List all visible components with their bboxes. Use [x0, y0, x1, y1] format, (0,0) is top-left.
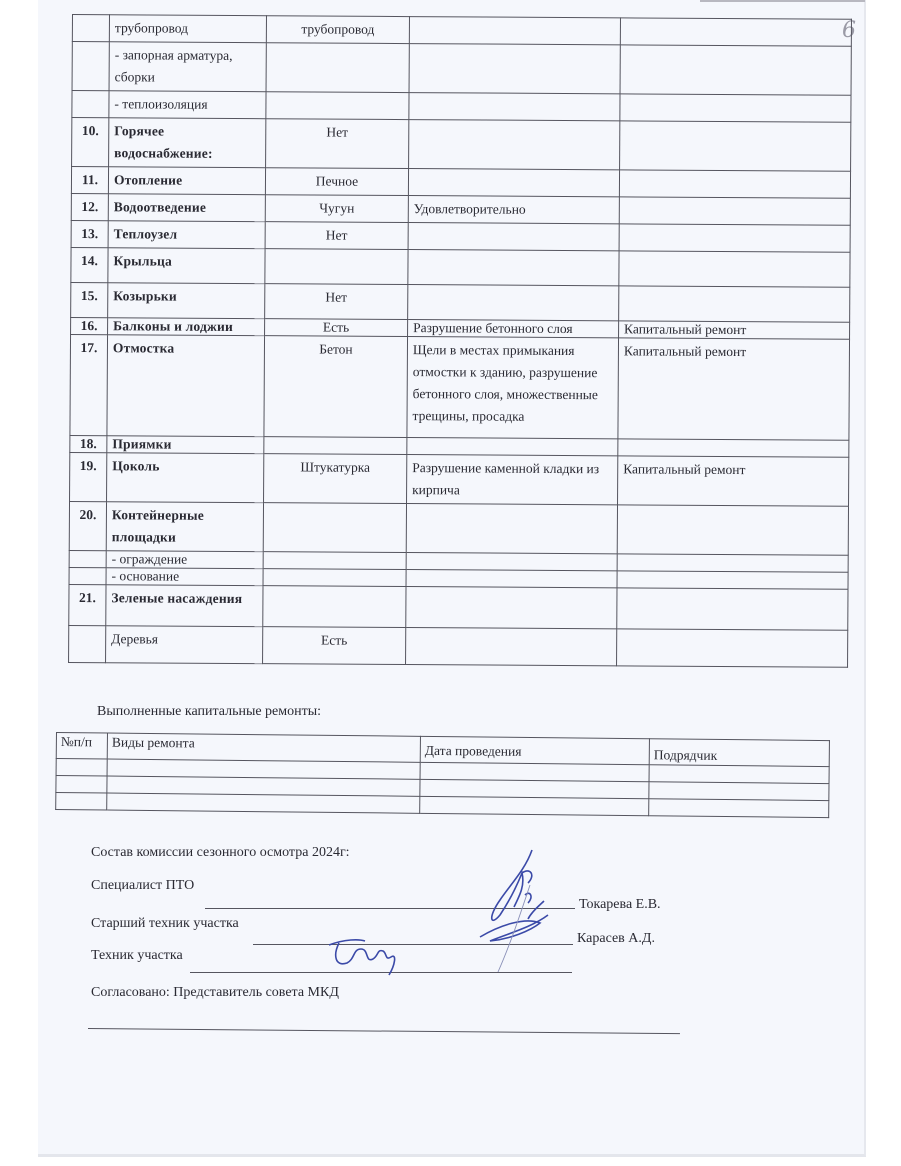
row-number: [72, 42, 109, 91]
element-name: Водоотведение: [108, 194, 265, 222]
recommendation-cell: [619, 224, 850, 252]
repairs-table: №п/п Виды ремонта Дата проведения Подряд…: [55, 732, 830, 818]
table-row: 21.Зеленые насаждения: [69, 584, 848, 630]
material-cell: Нет: [266, 119, 409, 169]
material-cell: [263, 503, 406, 553]
element-name: - теплоизоляция: [109, 91, 266, 119]
recommendation-cell: [617, 554, 848, 572]
material-cell: Печное: [265, 168, 408, 196]
row-number: 19.: [70, 452, 107, 501]
row-number: 18.: [70, 435, 107, 452]
condition-cell: [409, 17, 620, 45]
condition-cell: [407, 438, 618, 456]
approval-text: Согласовано: Представитель совета МКД: [91, 985, 339, 1001]
commission-title: Состав комиссии сезонного осмотра 2024г:: [91, 845, 350, 861]
member-role-tech: Техник участка: [91, 948, 183, 964]
condition-cell: [406, 504, 617, 554]
repairs-title: Выполненные капитальные ремонты:: [97, 704, 321, 720]
table-row: - запорная арматура, сборки: [72, 42, 851, 96]
material-cell: Чугун: [265, 195, 408, 223]
row-number: [72, 91, 109, 118]
condition-cell: [408, 223, 619, 251]
table-row: 15.КозырькиНет: [71, 282, 850, 322]
row-number: 16.: [71, 317, 108, 334]
element-name: Отопление: [108, 167, 265, 195]
condition-cell: [409, 120, 620, 170]
row-number: [69, 567, 106, 584]
member-name-pto: Токарева Е.В.: [579, 897, 661, 913]
row-number: [69, 625, 106, 662]
recommendation-cell: [617, 629, 848, 667]
material-cell: Нет: [265, 222, 408, 250]
condition-cell: Разрушение бетонного слоя: [408, 320, 619, 338]
material-cell: трубопровод: [266, 16, 409, 44]
condition-cell: Щели в местах примыкания отмостки к здан…: [407, 337, 619, 439]
recommendation-cell: [617, 571, 848, 589]
recommendation-cell: [619, 197, 850, 225]
header-repair-type: Виды ремонта: [107, 733, 420, 762]
row-number: 20.: [69, 501, 106, 550]
material-cell: [265, 249, 408, 285]
condition-cell: [408, 285, 619, 321]
table-row: 10.Горячее водоснабжение:Нет: [72, 118, 851, 172]
table-row: 20.Контейнерные площадки: [69, 501, 848, 555]
condition-cell: Разрушение каменной кладки из кирпича: [407, 455, 618, 505]
element-name: Теплоузел: [108, 221, 265, 249]
recommendation-cell: Капитальный ремонт: [619, 321, 850, 339]
recommendation-cell: Капитальный ремонт: [618, 456, 849, 506]
signature-stroke-icon: [490, 880, 550, 975]
recommendation-cell: [617, 505, 848, 555]
element-name: Контейнерные площадки: [106, 502, 263, 552]
element-name: - основание: [106, 568, 263, 586]
element-name: Балконы и лоджии: [108, 318, 265, 336]
element-name: Отмостка: [107, 335, 265, 437]
element-name: Горячее водоснабжение:: [109, 118, 266, 168]
recommendation-cell: [619, 251, 850, 287]
element-name: Козырьки: [108, 283, 265, 319]
header-number: №п/п: [56, 733, 107, 760]
row-number: 12.: [71, 193, 108, 220]
condition-cell: [406, 628, 617, 666]
element-name: - запорная арматура, сборки: [109, 42, 266, 92]
element-name: Крыльца: [108, 248, 265, 284]
material-cell: Штукатурка: [264, 454, 407, 504]
table-row: 19.ЦокольШтукатуркаРазрушение каменной к…: [70, 452, 849, 506]
recommendation-cell: [619, 286, 850, 322]
recommendation-cell: Капитальный ремонт: [618, 338, 850, 440]
material-cell: [263, 569, 406, 587]
row-number: 14.: [71, 247, 108, 282]
element-name: Цоколь: [107, 453, 264, 503]
material-cell: Бетон: [264, 336, 408, 438]
material-cell: [263, 552, 406, 570]
recommendation-cell: [620, 45, 851, 95]
material-cell: Есть: [263, 627, 406, 665]
material-cell: [266, 92, 409, 120]
condition-cell: [409, 93, 620, 121]
inspection-table: трубопроводтрубопровод- запорная арматур…: [68, 14, 852, 668]
condition-cell: [406, 587, 617, 629]
recommendation-cell: [620, 18, 851, 46]
material-cell: Нет: [265, 284, 408, 320]
material-cell: [264, 437, 407, 455]
element-name: Зеленые насаждения: [106, 585, 263, 627]
header-date: Дата проведения: [420, 736, 649, 764]
element-name: трубопровод: [109, 15, 266, 43]
row-number: 11.: [71, 167, 108, 194]
table-row: 17.ОтмосткаБетонЩели в местах примыкания…: [70, 334, 850, 440]
material-cell: Есть: [265, 319, 408, 337]
recommendation-cell: [617, 588, 848, 630]
material-cell: [263, 586, 406, 628]
member-role-pto: Специалист ПТО: [91, 878, 194, 894]
table-row: ДеревьяЕсть: [69, 625, 848, 667]
condition-cell: [408, 169, 619, 197]
member-name-senior-tech: Карасев А.Д.: [577, 931, 655, 947]
condition-cell: [408, 250, 619, 286]
row-number: 13.: [71, 220, 108, 247]
condition-cell: Удовлетворительно: [408, 196, 619, 224]
material-cell: [266, 43, 409, 93]
condition-cell: [406, 553, 617, 571]
table-row: 14.Крыльца: [71, 247, 850, 287]
header-contractor: Подрядчик: [649, 739, 829, 767]
row-number: 17.: [70, 334, 108, 435]
recommendation-cell: [619, 170, 850, 198]
recommendation-cell: [620, 121, 851, 171]
element-name: Приямки: [107, 436, 264, 454]
element-name: - ограждение: [106, 551, 263, 569]
row-number: [69, 550, 106, 567]
row-number: 10.: [72, 118, 109, 167]
condition-cell: [409, 44, 620, 94]
member-role-senior-tech: Старший техник участка: [91, 916, 239, 932]
condition-cell: [406, 570, 617, 588]
signature-tech-icon: [325, 935, 405, 980]
element-name: Деревья: [106, 626, 263, 664]
row-number: [72, 15, 109, 42]
row-number: 21.: [69, 584, 106, 625]
page-edge-line: [700, 0, 865, 2]
recommendation-cell: [618, 439, 849, 457]
recommendation-cell: [620, 94, 851, 122]
row-number: 15.: [71, 282, 108, 317]
